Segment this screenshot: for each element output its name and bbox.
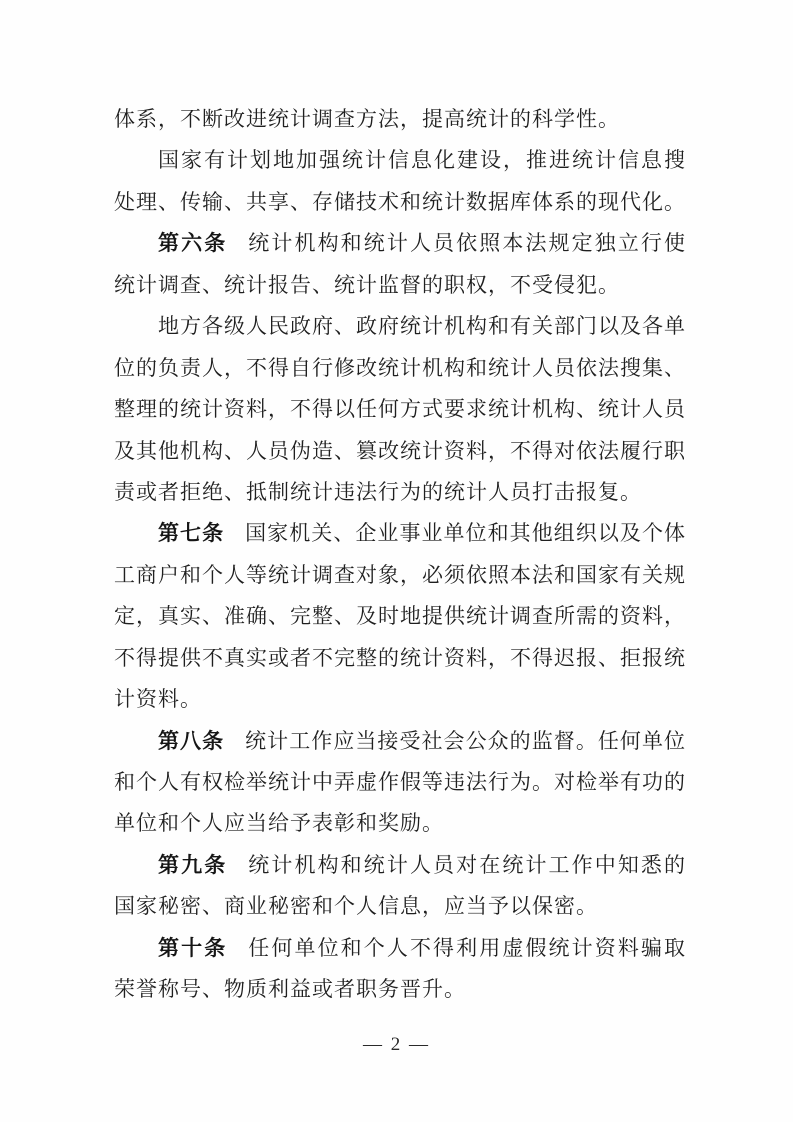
page-number: — 2 — [0, 1030, 793, 1060]
body-text: 体系，不断改进统计调查方法，提高统计的科学性。 国家有计划地加强统计信息化建设，… [114, 99, 686, 1011]
text-line: 处理、传输、共享、存储技术和统计数据库体系的现代化。 [114, 182, 686, 223]
text-line: 责或者拒绝、抵制统计违法行为的统计人员打击报复。 [114, 472, 686, 513]
article-number: 第六条 [158, 232, 227, 255]
text-line-article-7: 第七条国家机关、企业事业单位和其他组织以及个体 [114, 513, 686, 554]
line-text: 计资料。 [114, 687, 202, 711]
article-number: 第七条 [158, 522, 224, 545]
line-text: 单位和个人应当给予表彰和奖励。 [114, 811, 444, 835]
text-line-article-6: 第六条统计机构和统计人员依照本法规定独立行使 [114, 223, 686, 264]
line-text: 和个人有权检举统计中弄虚作假等违法行为。对检举有功的 [114, 770, 686, 794]
document-page: 体系，不断改进统计调查方法，提高统计的科学性。 国家有计划地加强统计信息化建设，… [0, 0, 793, 1122]
text-line: 和个人有权检举统计中弄虚作假等违法行为。对检举有功的 [114, 762, 686, 803]
line-text: 统计机构和统计人员对在统计工作中知悉的 [248, 853, 686, 877]
text-line: 国家秘密、商业秘密和个人信息，应当予以保密。 [114, 886, 686, 927]
text-line: 单位和个人应当给予表彰和奖励。 [114, 803, 686, 844]
line-text: 国家机关、企业事业单位和其他组织以及个体 [245, 521, 686, 545]
line-text: 位的负责人，不得自行修改统计机构和统计人员依法搜集、 [114, 356, 686, 380]
article-number: 第十条 [158, 937, 227, 960]
text-line: 地方各级人民政府、政府统计机构和有关部门以及各单 [114, 306, 686, 347]
line-text: 体系，不断改进统计调查方法，提高统计的科学性。 [114, 107, 620, 131]
text-line: 体系，不断改进统计调查方法，提高统计的科学性。 [114, 99, 686, 140]
text-line: 荣誉称号、物质利益或者职务晋升。 [114, 969, 686, 1010]
text-line: 定，真实、准确、完整、及时地提供统计调查所需的资料， [114, 596, 686, 637]
text-line: 国家有计划地加强统计信息化建设，推进统计信息搜集、 [114, 140, 686, 181]
line-text: 国家有计划地加强统计信息化建设，推进统计信息搜集、 [158, 148, 686, 181]
text-line: 整理的统计资料，不得以任何方式要求统计机构、统计人员 [114, 389, 686, 430]
line-text: 荣誉称号、物质利益或者职务晋升。 [114, 977, 466, 1001]
article-number: 第九条 [158, 854, 227, 877]
line-text: 统计工作应当接受社会公众的监督。任何单位 [245, 729, 686, 753]
text-line: 统计调查、统计报告、统计监督的职权，不受侵犯。 [114, 265, 686, 306]
text-line: 不得提供不真实或者不完整的统计资料，不得迟报、拒报统 [114, 638, 686, 679]
line-text: 及其他机构、人员伪造、篡改统计资料，不得对依法履行职 [114, 439, 686, 463]
line-text: 不得提供不真实或者不完整的统计资料，不得迟报、拒报统 [114, 646, 686, 670]
text-line: 及其他机构、人员伪造、篡改统计资料，不得对依法履行职 [114, 431, 686, 472]
text-line-article-9: 第九条统计机构和统计人员对在统计工作中知悉的 [114, 845, 686, 886]
line-text: 处理、传输、共享、存储技术和统计数据库体系的现代化。 [114, 190, 686, 214]
line-text: 地方各级人民政府、政府统计机构和有关部门以及各单 [158, 314, 686, 338]
text-line-article-8: 第八条统计工作应当接受社会公众的监督。任何单位 [114, 721, 686, 762]
line-text: 国家秘密、商业秘密和个人信息，应当予以保密。 [114, 894, 598, 918]
line-text: 工商户和个人等统计调查对象，必须依照本法和国家有关规 [114, 563, 686, 587]
line-text: 统计机构和统计人员依照本法规定独立行使 [248, 231, 686, 255]
text-line: 工商户和个人等统计调查对象，必须依照本法和国家有关规 [114, 555, 686, 596]
article-number: 第八条 [158, 730, 224, 753]
line-text: 定，真实、准确、完整、及时地提供统计调查所需的资料， [114, 604, 686, 628]
line-text: 任何单位和个人不得利用虚假统计资料骗取 [248, 936, 686, 960]
line-text: 统计调查、统计报告、统计监督的职权，不受侵犯。 [114, 273, 620, 297]
text-line: 计资料。 [114, 679, 686, 720]
line-text: 责或者拒绝、抵制统计违法行为的统计人员打击报复。 [114, 480, 642, 504]
text-line: 位的负责人，不得自行修改统计机构和统计人员依法搜集、 [114, 348, 686, 389]
text-line-article-10: 第十条任何单位和个人不得利用虚假统计资料骗取 [114, 928, 686, 969]
line-text: 整理的统计资料，不得以任何方式要求统计机构、统计人员 [114, 397, 686, 421]
